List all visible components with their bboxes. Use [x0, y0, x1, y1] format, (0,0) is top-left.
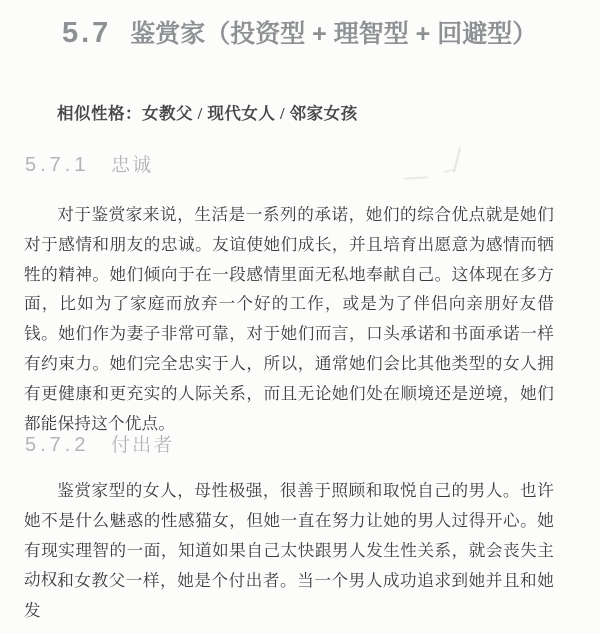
- section-number: 5.7.1: [25, 154, 89, 176]
- section-number: 5.7.2: [25, 434, 89, 456]
- chapter-number: 5.7: [62, 17, 111, 49]
- chapter-title: 鉴赏家（投资型 + 理智型 + 回避型）: [130, 20, 537, 48]
- section-title: 忠诚: [111, 155, 153, 176]
- book-page: 5.7 鉴赏家（投资型 + 理智型 + 回避型） 相似性格：女教父 / 现代女人…: [0, 0, 600, 634]
- paragraph-giver-2: 和女教父一样，她是个付出者。当一个男人成功追求到她并且和她发: [24, 566, 554, 626]
- section-heading-giver: 5.7.2 付出者: [25, 431, 174, 459]
- scan-smudge: [444, 169, 454, 173]
- section-heading-loyalty: 5.7.1 忠诚: [25, 151, 153, 179]
- similar-characters-line: 相似性格：女教父 / 现代女人 / 邻家女孩: [57, 101, 358, 127]
- chapter-heading: 5.7 鉴赏家（投资型 + 理智型 + 回避型）: [62, 14, 537, 51]
- section-title: 付出者: [111, 435, 174, 456]
- paragraph-loyalty: 对于鉴赏家来说，生活是一系列的承诺，她们的综合优点就是她们对于感情和朋友的忠诚。…: [24, 200, 554, 438]
- scan-smudge: [404, 176, 428, 179]
- scan-smudge: [453, 147, 461, 173]
